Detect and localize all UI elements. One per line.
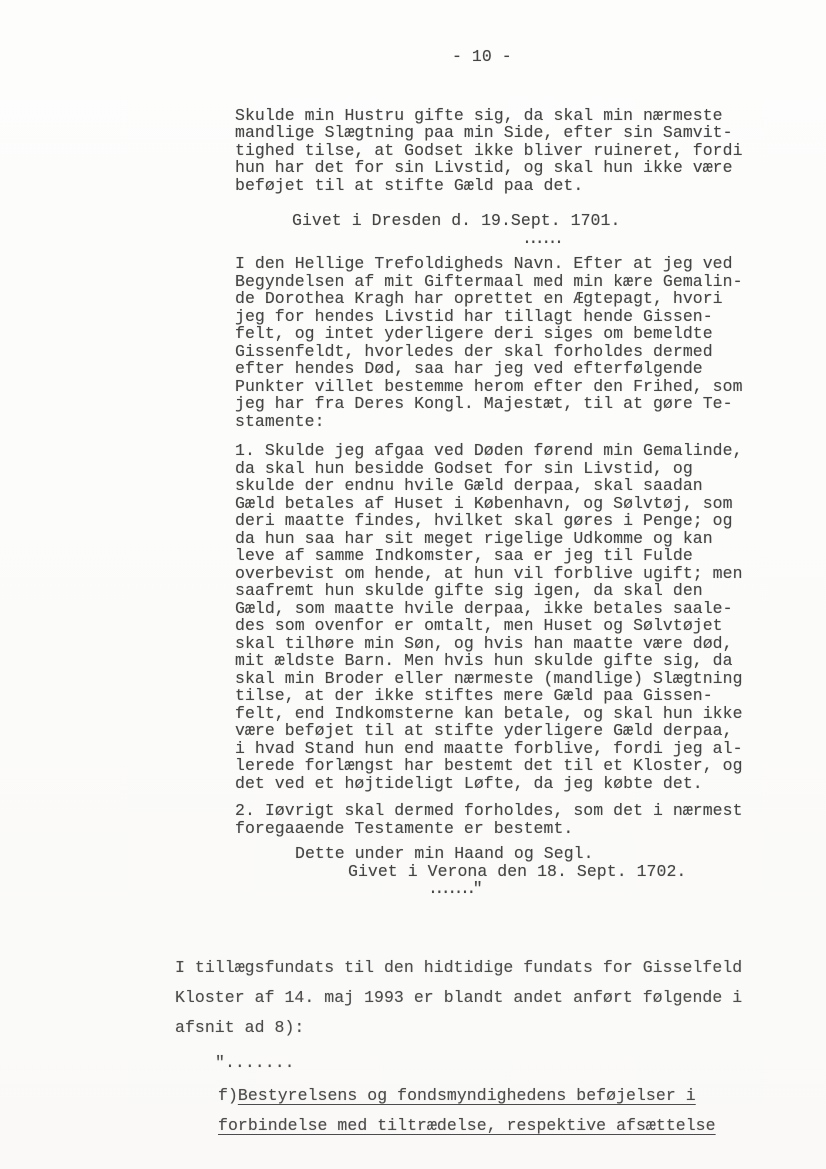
testament-1702-intro: I den Hellige Trefoldigheds Navn. Efter … xyxy=(235,255,826,430)
addendum-item-title: Bestyrelsens og fondsmyndighedens beføje… xyxy=(218,1086,716,1135)
testament-1701-dateline: Givet i Dresden d. 19.Sept. 1701. xyxy=(292,212,826,230)
testament-1702-clause-1: 1. Skulde jeg afgaa ved Døden førend min… xyxy=(235,442,826,792)
open-quote-ellipsis: "....... xyxy=(215,1048,826,1078)
scanned-document-page: - 10 - Skulde min Hustru gifte sig, da s… xyxy=(0,0,826,1169)
testament-1701-section: Skulde min Hustru gifte sig, da skal min… xyxy=(235,107,826,248)
ellipsis-separator-1701: ...... xyxy=(522,230,826,248)
addendum-intro: I tillægsfundats til den hidtidige funda… xyxy=(175,953,826,1043)
testament-1702-closing: Dette under min Haand og Segl. xyxy=(295,845,826,863)
addendum-1993-section: I tillægsfundats til den hidtidige funda… xyxy=(175,953,826,1141)
testament-1702-dateline: Givet i Verona den 18. Sept. 1702. xyxy=(348,863,826,881)
testament-1702-clause-2: 2. Iøvrigt skal dermed forholdes, som de… xyxy=(235,802,826,837)
addendum-item-label: f) xyxy=(218,1086,238,1105)
page-number: - 10 - xyxy=(452,48,826,66)
ellipsis-close-quote-1702: ......." xyxy=(428,880,826,898)
addendum-item-f: f)Bestyrelsens og fondsmyndighedens befø… xyxy=(218,1081,723,1141)
testament-1702-section: I den Hellige Trefoldigheds Navn. Efter … xyxy=(235,255,826,898)
testament-1701-paragraph: Skulde min Hustru gifte sig, da skal min… xyxy=(235,107,826,195)
